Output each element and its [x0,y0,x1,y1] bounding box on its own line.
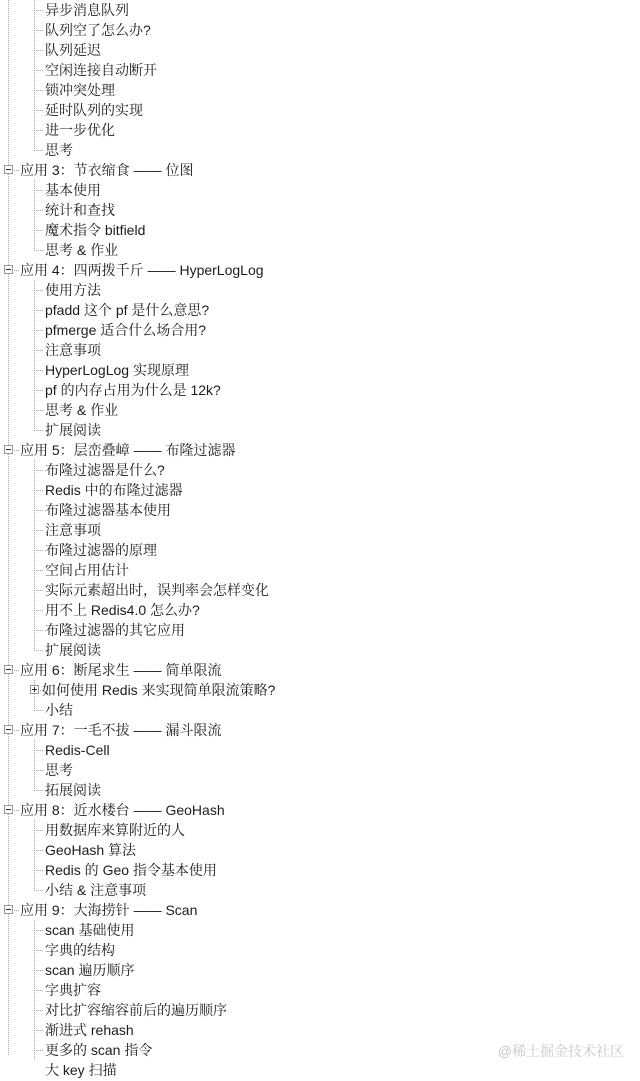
tree-item-section[interactable]: 统计和查找 [0,200,640,220]
toc-tree-panel: 异步消息队列队列空了怎么办?队列延迟空闲连接自动断开锁冲突处理延时队列的实现进一… [0,0,640,1081]
tree-item-section[interactable]: pfadd 这个 pf 是什么意思? [0,300,640,320]
tree-item-section[interactable]: 用不上 Redis4.0 怎么办? [0,600,640,620]
tree-item-label: 如何使用 Redis 来实现简单限流策略? [42,680,275,700]
tree-item-section[interactable]: 扩展阅读 [0,420,640,440]
tree-item-section[interactable]: 布隆过滤器是什么? [0,460,640,480]
tree-item-label: 应用 4：四两拨千斤 —— HyperLogLog [20,260,264,280]
tree-item-label: 拓展阅读 [45,780,101,800]
tree-item-section[interactable]: 进一步优化 [0,120,640,140]
minus-glyph [6,729,11,730]
tree-item-label: 使用方法 [45,280,101,300]
tree-item-label: GeoHash 算法 [45,840,136,860]
tree-item-label: 扩展阅读 [45,420,101,440]
tree-item-chapter[interactable]: 应用 7：一毛不拔 —— 漏斗限流 [0,720,640,740]
tree-item-section[interactable]: 拓展阅读 [0,780,640,800]
tree-item-label: 注意事项 [45,340,101,360]
tree-item-section[interactable]: Redis 中的布隆过滤器 [0,480,640,500]
tree-item-section[interactable]: 使用方法 [0,280,640,300]
tree-item-section[interactable]: 注意事项 [0,340,640,360]
tree-item-label: 空闲连接自动断开 [45,60,157,80]
tree-item-label: 应用 3：节衣缩食 —— 位图 [20,160,193,180]
tree-item-label: 布隆过滤器基本使用 [45,500,171,520]
tree-item-label: 布隆过滤器是什么? [45,460,165,480]
tree-item-section[interactable]: 字典的结构 [0,940,640,960]
tree-item-label: 思考 [45,760,73,780]
tree-item-label: 扩展阅读 [45,640,101,660]
tree-item-label: 布隆过滤器的其它应用 [45,620,185,640]
tree-item-section[interactable]: 用数据库来算附近的人 [0,820,640,840]
tree-item-section[interactable]: 扩展阅读 [0,640,640,660]
tree-item-section[interactable]: 字典扩容 [0,980,640,1000]
tree-item-section[interactable]: 队列延迟 [0,40,640,60]
tree-item-section[interactable]: Redis 的 Geo 指令基本使用 [0,860,640,880]
tree-item-section[interactable]: 渐进式 rehash [0,1020,640,1040]
tree-item-label: 魔术指令 bitfield [45,220,145,240]
tree-item-section[interactable]: 思考 & 作业 [0,240,640,260]
tree-item-label: scan 基础使用 [45,920,134,940]
tree-item-section[interactable]: 空闲连接自动断开 [0,60,640,80]
tree-item-label: 用数据库来算附近的人 [45,820,185,840]
tree-item-label: Redis-Cell [45,740,110,760]
tree-item-label: pf 的内存占用为什么是 12k? [45,380,221,400]
tree-item-label: 小结 & 注意事项 [45,880,146,900]
tree-item-label: 进一步优化 [45,120,115,140]
tree-item-section[interactable]: 小结 & 注意事项 [0,880,640,900]
tree-item-section[interactable]: 大 key 扫描 [0,1060,640,1080]
minus-box-icon[interactable] [4,665,13,674]
tree-item-label: HyperLogLog 实现原理 [45,360,189,380]
tree-item-label: Redis 的 Geo 指令基本使用 [45,860,217,880]
tree-item-label: 渐进式 rehash [45,1020,134,1040]
tree-item-label: 锁冲突处理 [45,80,115,100]
minus-glyph [6,169,11,170]
tree-item-label: 基本使用 [45,180,101,200]
plus-box-icon[interactable] [30,685,39,694]
tree-item-section[interactable]: 延时队列的实现 [0,100,640,120]
minus-box-icon[interactable] [4,805,13,814]
tree-item-section[interactable]: Redis-Cell [0,740,640,760]
tree-item-label: 更多的 scan 指令 [45,1040,152,1060]
tree-item-section[interactable]: 对比扩容缩容前后的遍历顺序 [0,1000,640,1020]
tree-item-label: Redis 中的布隆过滤器 [45,480,183,500]
minus-glyph [6,269,11,270]
tree-item-section[interactable]: 锁冲突处理 [0,80,640,100]
minus-box-icon[interactable] [4,445,13,454]
tree-item-label: 字典扩容 [45,980,101,1000]
tree-item-label: 应用 5：层峦叠嶂 —— 布隆过滤器 [20,440,235,460]
tree-item-section[interactable]: 实际元素超出时，误判率会怎样变化 [0,580,640,600]
tree-item-label: 注意事项 [45,520,101,540]
tree-item-section[interactable]: 注意事项 [0,520,640,540]
minus-glyph [6,909,11,910]
watermark-text: @稀土掘金技术社区 [498,1042,624,1060]
tree-item-section[interactable]: 如何使用 Redis 来实现简单限流策略? [0,680,640,700]
tree-item-chapter[interactable]: 应用 6：断尾求生 —— 简单限流 [0,660,640,680]
tree-item-section[interactable]: scan 基础使用 [0,920,640,940]
tree-item-section[interactable]: 布隆过滤器基本使用 [0,500,640,520]
tree-item-label: 思考 [45,140,73,160]
tree-item-label: 空间占用估计 [45,560,129,580]
tree-item-label: 应用 9：大海捞针 —— Scan [20,900,197,920]
tree-item-label: 队列空了怎么办? [45,20,151,40]
tree-item-section[interactable]: 布隆过滤器的其它应用 [0,620,640,640]
tree-item-section[interactable]: pf 的内存占用为什么是 12k? [0,380,640,400]
tree-item-chapter[interactable]: 应用 5：层峦叠嶂 —— 布隆过滤器 [0,440,640,460]
tree-item-chapter[interactable]: 应用 9：大海捞针 —— Scan [0,900,640,920]
tree-item-section[interactable]: 异步消息队列 [0,0,640,20]
tree-item-section[interactable]: 小结 [0,700,640,720]
tree-item-label: scan 遍历顺序 [45,960,134,980]
tree-item-section[interactable]: HyperLogLog 实现原理 [0,360,640,380]
tree-item-label: 小结 [45,700,73,720]
tree-item-chapter[interactable]: 应用 3：节衣缩食 —— 位图 [0,160,640,180]
tree-item-section[interactable]: 思考 [0,140,640,160]
tree-item-label: 大 key 扫描 [45,1060,117,1080]
tree-item-label: 延时队列的实现 [45,100,143,120]
minus-glyph [6,669,11,670]
tree-item-label: pfadd 这个 pf 是什么意思? [45,300,209,320]
minus-box-icon[interactable] [4,165,13,174]
tree-item-label: 思考 & 作业 [45,240,118,260]
plus-glyph [34,687,35,692]
tree-item-label: 布隆过滤器的原理 [45,540,157,560]
tree-item-chapter[interactable]: 应用 4：四两拨千斤 —— HyperLogLog [0,260,640,280]
minus-box-icon[interactable] [4,725,13,734]
tree-item-section[interactable]: pfmerge 适合什么场合用? [0,320,640,340]
tree-item-label: 应用 6：断尾求生 —— 简单限流 [20,660,221,680]
tree-item-section[interactable]: 队列空了怎么办? [0,20,640,40]
tree-item-section[interactable]: 思考 [0,760,640,780]
tree-item-label: 统计和查找 [45,200,115,220]
tree-item-label: 用不上 Redis4.0 怎么办? [45,600,200,620]
tree-item-section[interactable]: 布隆过滤器的原理 [0,540,640,560]
tree-item-label: 对比扩容缩容前后的遍历顺序 [45,1000,227,1020]
tree-item-label: 实际元素超出时，误判率会怎样变化 [45,580,269,600]
tree-item-section[interactable]: GeoHash 算法 [0,840,640,860]
minus-box-icon[interactable] [4,905,13,914]
tree-item-section[interactable]: 基本使用 [0,180,640,200]
tree-item-label: 思考 & 作业 [45,400,118,420]
tree-item-section[interactable]: 魔术指令 bitfield [0,220,640,240]
tree-item-label: 字典的结构 [45,940,115,960]
minus-glyph [6,809,11,810]
tree-item-section[interactable]: scan 遍历顺序 [0,960,640,980]
tree-item-section[interactable]: 思考 & 作业 [0,400,640,420]
tree-item-label: 应用 8：近水楼台 —— GeoHash [20,800,225,820]
minus-glyph [6,449,11,450]
tree-item-chapter[interactable]: 应用 8：近水楼台 —— GeoHash [0,800,640,820]
tree-item-label: pfmerge 适合什么场合用? [45,320,206,340]
tree-item-label: 异步消息队列 [45,0,129,20]
tree-item-label: 应用 7：一毛不拔 —— 漏斗限流 [20,720,221,740]
tree-item-section[interactable]: 空间占用估计 [0,560,640,580]
minus-box-icon[interactable] [4,265,13,274]
tree-item-label: 队列延迟 [45,40,101,60]
